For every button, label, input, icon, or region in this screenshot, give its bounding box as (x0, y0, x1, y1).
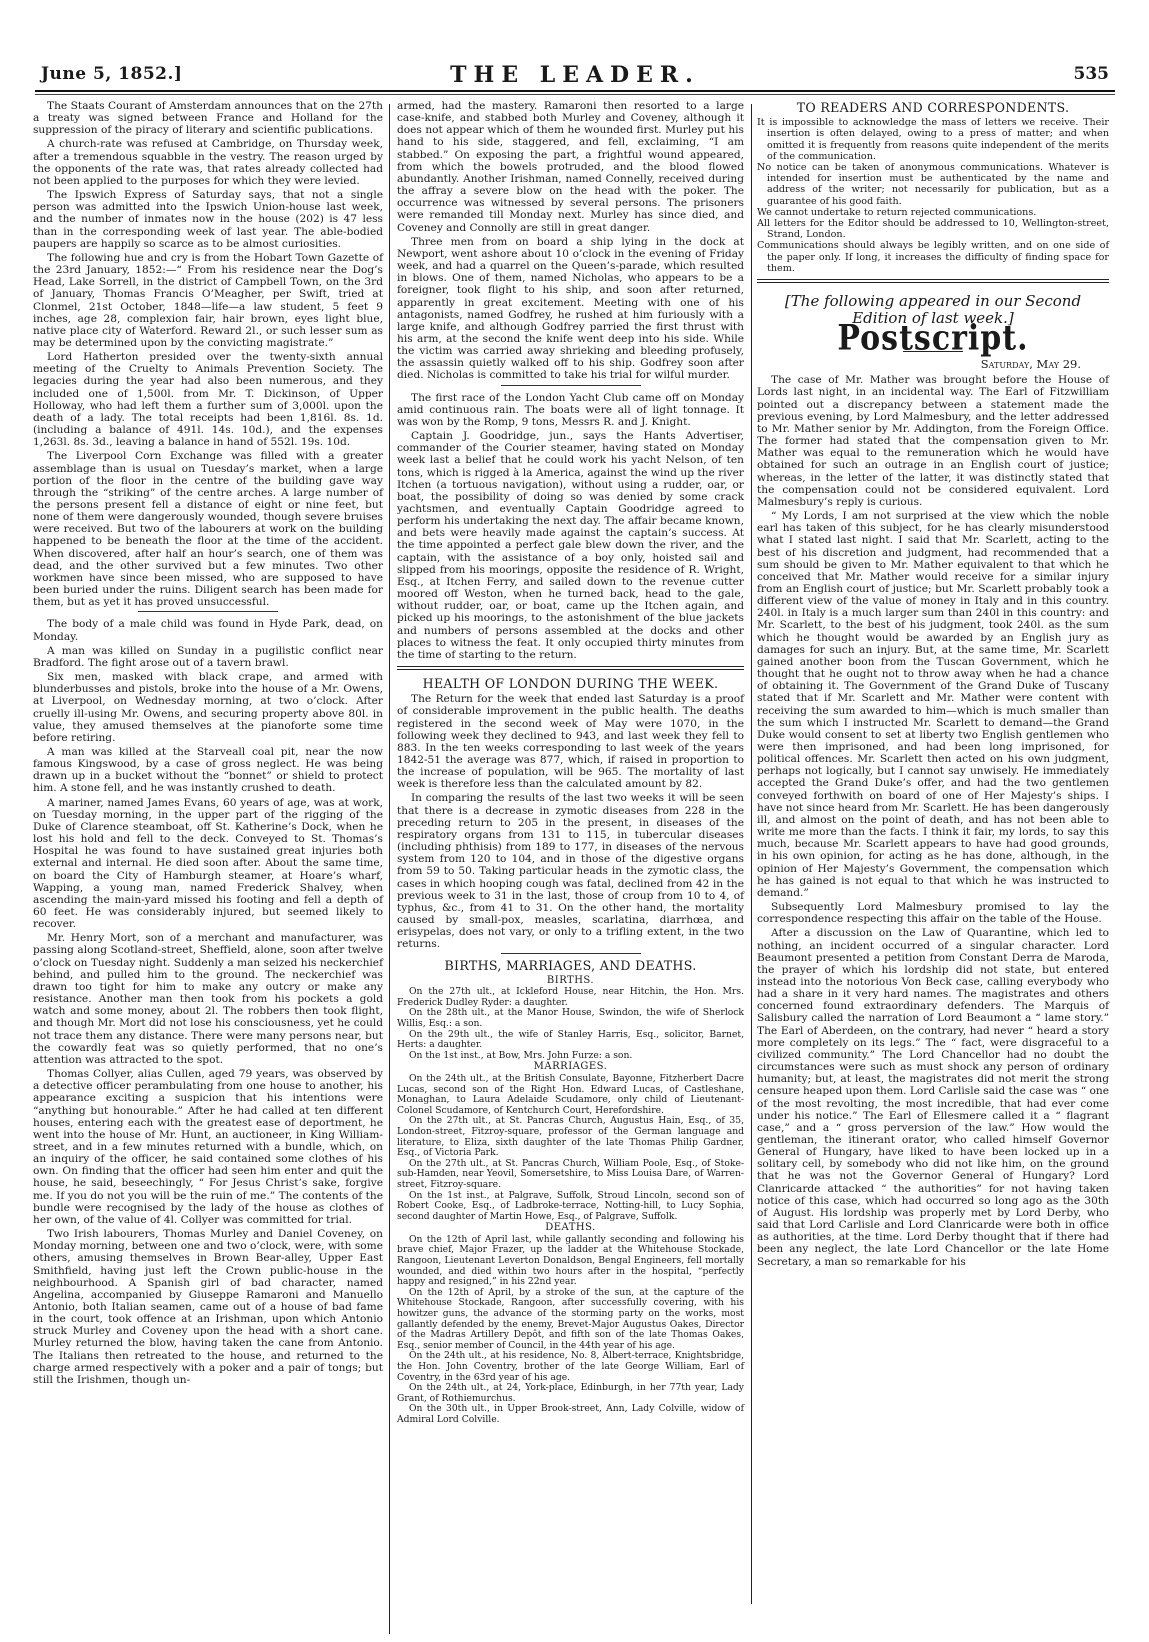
article-paragraph: Subsequently Lord Malmesbury promised to… (757, 901, 1109, 925)
readers-heading: TO READERS AND CORRESPONDENTS. (757, 102, 1109, 114)
section-rule (501, 953, 641, 954)
marriage-notice: On the 1st inst., at Palgrave, Suffolk, … (397, 1191, 744, 1223)
article-paragraph: Captain J. Goodridge, jun., says the Han… (397, 430, 744, 661)
deaths-heading: DEATHS. (397, 1223, 744, 1234)
marriage-notice: On the 27th ult., at St. Pancras Church,… (397, 1159, 744, 1191)
dateline: Saturday, May 29. (757, 358, 1081, 370)
article-paragraph: A mariner, named James Evans, 60 years o… (33, 797, 383, 931)
section-rule (501, 385, 641, 386)
column-divider-1 (389, 104, 390, 1634)
column-1: The Staats Courant of Amsterdam announce… (33, 100, 383, 1388)
birth-notice: On the 28th ult., at the Manor House, Sw… (397, 1008, 744, 1029)
death-notice: On the 24th ult., at 24, York-place, Edi… (397, 1383, 744, 1404)
births-heading: BIRTHS. (397, 976, 744, 987)
marriage-notice: On the 27th ult., at St. Pancras Church,… (397, 1116, 744, 1158)
article-paragraph: Two Irish labourers, Thomas Murley and D… (33, 1228, 383, 1386)
article-paragraph: A man was killed on Sunday in a pugilist… (33, 645, 383, 669)
article-paragraph: The Staats Courant of Amsterdam announce… (33, 100, 383, 136)
death-notice: On the 12th of April last, while gallant… (397, 1235, 744, 1288)
article-paragraph: Mr. Henry Mort, son of a merchant and ma… (33, 932, 383, 1066)
section-double-rule (397, 666, 744, 670)
birth-notice: On the 1st inst., at Bow, Mrs. John Furz… (397, 1051, 744, 1062)
newspaper-title: THE LEADER. (35, 62, 1115, 88)
column-3: TO READERS AND CORRESPONDENTS. It is imp… (757, 100, 1109, 1270)
health-heading: HEALTH OF LONDON DURING THE WEEK. (397, 678, 744, 690)
section-rule (138, 611, 278, 612)
death-notice: On the 24th ult., at his residence, No. … (397, 1351, 744, 1383)
postscript-title: Postscript. (757, 332, 1109, 346)
column-divider-2 (751, 104, 752, 1604)
masthead: June 5, 1852.] THE LEADER. 535 (35, 56, 1115, 96)
birth-notice: On the 29th ult., the wife of Stanley Ha… (397, 1030, 744, 1051)
article-paragraph: The Ipswich Express of Saturday says, th… (33, 189, 383, 250)
marriages-heading: MARRIAGES. (397, 1062, 744, 1073)
health-paragraph: In comparing the results of the last two… (397, 792, 744, 950)
article-paragraph: Three men from on board a ship lying in … (397, 236, 744, 382)
reader-notice: Communications should always be legibly … (757, 240, 1109, 274)
bmd-section: BIRTHS. On the 27th ult., at Ickleford H… (397, 976, 744, 1426)
birth-notice: On the 27th ult., at Ickleford House, ne… (397, 987, 744, 1008)
article-paragraph: The Liverpool Corn Exchange was filled w… (33, 450, 383, 608)
article-paragraph: The case of Mr. Mather was brought befor… (757, 374, 1109, 508)
death-notice: On the 12th of April, by a stroke of the… (397, 1288, 744, 1352)
article-paragraph: A church-rate was refused at Cambridge, … (33, 138, 383, 187)
reader-notice: We cannot undertake to return rejected c… (757, 207, 1109, 218)
article-paragraph: armed, had the mastery. Ramaroni then re… (397, 100, 744, 234)
readers-notices: It is impossible to acknowledge the mass… (757, 117, 1109, 274)
bmd-heading: BIRTHS, MARRIAGES, AND DEATHS. (397, 960, 744, 972)
article-paragraph: The following hue and cry is from the Ho… (33, 252, 383, 349)
health-paragraph: The Return for the week that ended last … (397, 693, 744, 790)
article-paragraph: Lord Hatherton presided over the twenty-… (33, 351, 383, 448)
masthead-rule (35, 90, 1115, 92)
section-double-rule (757, 279, 1109, 283)
article-paragraph: Six men, masked with black crape, and ar… (33, 671, 383, 744)
article-paragraph: “ My Lords, I am not surprised at the vi… (757, 510, 1109, 899)
article-paragraph: Thomas Collyer, alias Cullen, aged 79 ye… (33, 1068, 383, 1226)
article-paragraph: A man was killed at the Starveall coal p… (33, 746, 383, 795)
article-paragraph: The first race of the London Yacht Club … (397, 392, 744, 428)
column-2: armed, had the mastery. Ramaroni then re… (397, 100, 744, 1426)
death-notice: On the 30th ult., in Upper Brook-street,… (397, 1404, 744, 1425)
article-paragraph: The body of a male child was found in Hy… (33, 618, 383, 642)
masthead-rule-thin (35, 94, 1115, 95)
reader-notice: No notice can be taken of anonymous comm… (757, 162, 1109, 207)
reader-notice: It is impossible to acknowledge the mass… (757, 117, 1109, 162)
reader-notice: All letters for the Editor should be add… (757, 218, 1109, 240)
article-paragraph: After a discussion on the Law of Quarant… (757, 927, 1109, 1267)
marriage-notice: On the 24th ult., at the British Consula… (397, 1074, 744, 1116)
page-number: 535 (1074, 64, 1110, 84)
